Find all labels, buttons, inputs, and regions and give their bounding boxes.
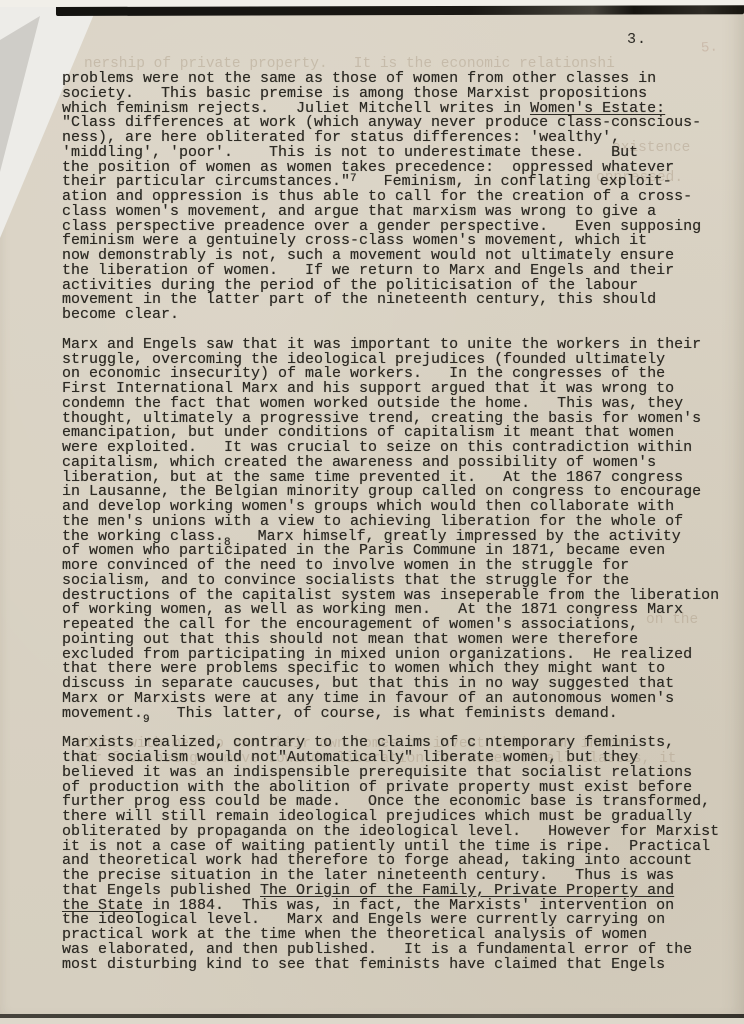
text-line: most disturbing kind to see that feminis… <box>62 958 744 973</box>
text-line: become clear. <box>62 308 744 323</box>
text-segment: movement. <box>62 705 143 722</box>
scanned-page: nership of private property. It is the e… <box>0 0 744 1024</box>
scan-top-black-band <box>56 5 744 16</box>
paragraph: Marx and Engels saw that it was importan… <box>62 338 744 722</box>
scan-edge-bottom-strip <box>0 1018 744 1024</box>
text-segment: This latter, of course, is what feminist… <box>150 705 618 722</box>
ghost-page-number: 5. <box>700 39 718 56</box>
paragraph: Marxists realized, contrary to the claim… <box>62 736 744 972</box>
footnote-marker: 7 <box>350 173 357 185</box>
text-segment: most disturbing kind to see that feminis… <box>62 956 665 973</box>
footnote-marker: 8 <box>224 537 231 549</box>
text-line: movement.9 This latter, of course, is wh… <box>62 707 744 722</box>
footnote-marker: 9 <box>143 714 150 726</box>
paragraph: problems were not the same as those of w… <box>62 72 744 323</box>
document-body: problems were not the same as those of w… <box>62 72 744 972</box>
page-number: 3. <box>627 31 647 48</box>
text-segment: become clear. <box>62 306 179 323</box>
